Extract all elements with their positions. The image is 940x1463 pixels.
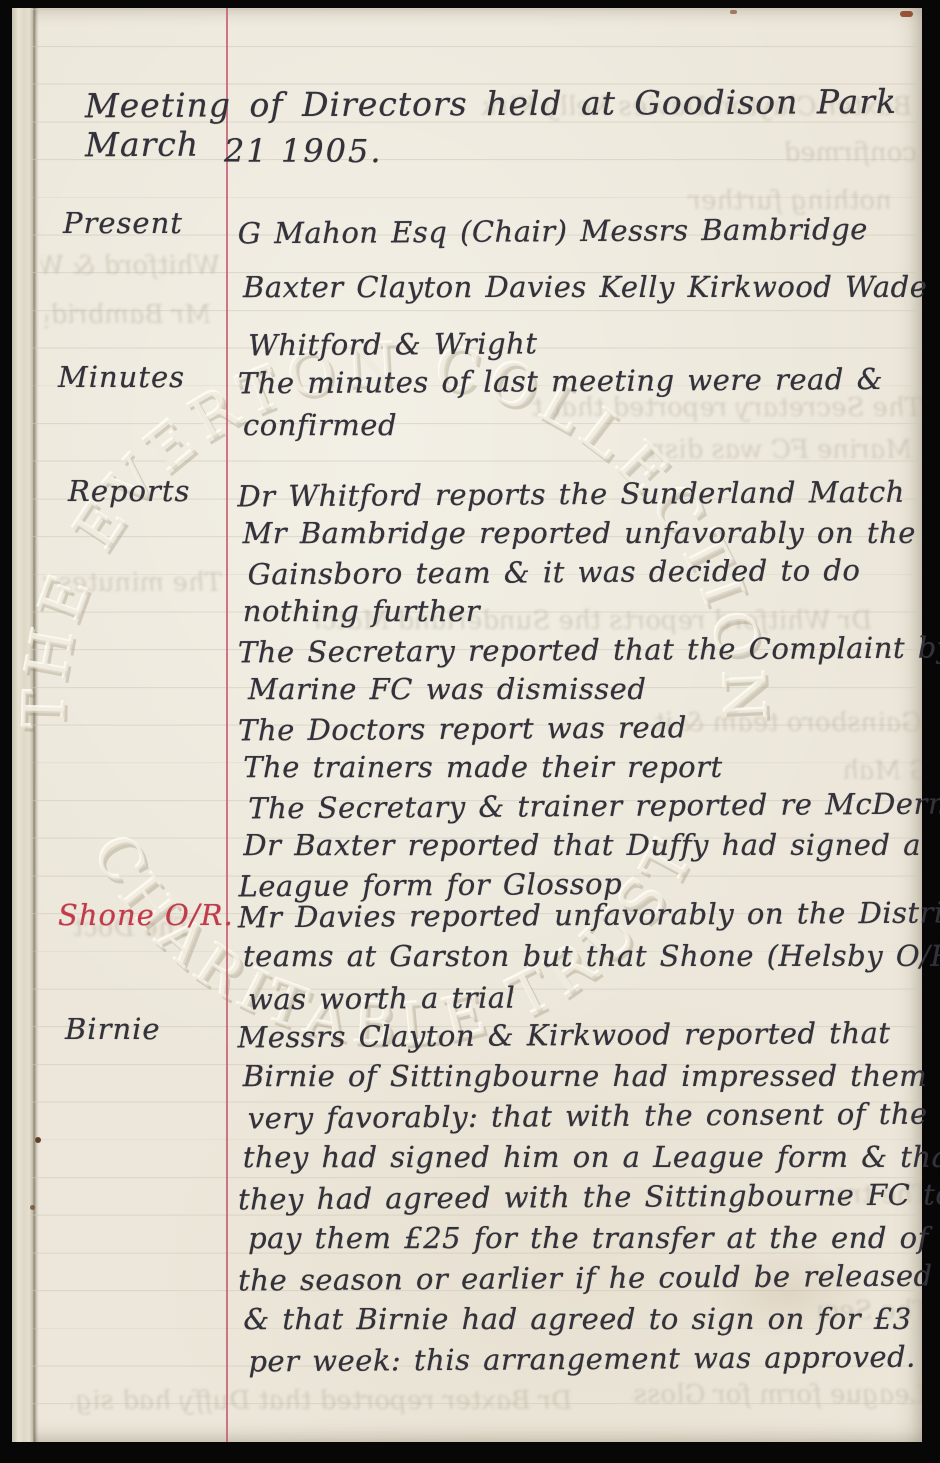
handwriting-line: per week: this arrangement was approved. xyxy=(248,1338,930,1383)
foxing-speck xyxy=(900,11,913,17)
section-label-birnie: Birnie xyxy=(65,1012,161,1046)
handwriting-line: The trainers made their report xyxy=(243,749,930,788)
handwriting-line: Messrs Clayton & Kirkwood reported that xyxy=(237,1014,929,1059)
meeting-title-line1: Meeting of Directors held at Goodison Pa… xyxy=(85,82,925,164)
handwriting-line: Birnie of Sittingbourne had impressed th… xyxy=(243,1056,930,1097)
ledger-page: Baxter Clayton Davies Kelly Kirkwood Wad… xyxy=(12,8,922,1442)
section-label-reports: Reports xyxy=(68,474,190,508)
handwriting-line: Mr Bambridge reported unfavorably on the xyxy=(243,515,930,554)
handwriting-line: The Secretary & trainer reported re McDe… xyxy=(248,786,930,830)
section-label-shone-or: Shone O/R. xyxy=(58,898,234,932)
handwriting-line: Baxter Clayton Davies Kelly Kirkwood Wad… xyxy=(243,262,930,318)
handwriting-line: they had agreed with the Sittingbourne F… xyxy=(238,1176,930,1221)
handwriting-line: Gainsboro team & it was decided to do xyxy=(248,552,930,596)
red-margin-line xyxy=(226,8,228,1442)
section-label-minutes: Minutes xyxy=(58,360,185,394)
bleed-through-ghost: Mr Bambridge reported unfavorably on the xyxy=(44,300,213,330)
handwriting-line: pay them £25 for the transfer at the end… xyxy=(248,1218,930,1259)
handwriting-line: Mr Davies reported unfavorably on the Di… xyxy=(238,894,930,940)
foxing-speck xyxy=(30,1205,35,1210)
foxing-speck xyxy=(730,10,737,14)
handwriting-line: G Mahon Esq (Chair) Messrs Bambridge xyxy=(238,204,930,265)
foxing-speck xyxy=(35,1137,41,1143)
bleed-through-ghost: League form for Glossop xyxy=(630,1380,922,1410)
bleed-through-ghost: Dr Baxter reported that Duffy had signed… xyxy=(70,1386,574,1416)
section-body-birnie: Messrs Clayton & Kirkwood reported thatB… xyxy=(238,1015,931,1381)
section-body-reports: Dr Whitford reports the Sunderland Match… xyxy=(237,475,930,906)
handwriting-line: Marine FC was dismissed xyxy=(248,671,930,710)
section-body-shone: Mr Davies reported unfavorably on the Di… xyxy=(238,895,930,1020)
minute-book-photo: Baxter Clayton Davies Kelly Kirkwood Wad… xyxy=(0,0,940,1463)
bleed-through-ghost: Whitford & Wright xyxy=(38,251,222,281)
section-body-minutes: The minutes of last meeting were read &c… xyxy=(238,359,930,449)
handwriting-line: teams at Garston but that Shone (Helsby … xyxy=(243,937,930,978)
handwriting-line: they had signed him on a League form & t… xyxy=(243,1137,930,1178)
handwriting-line: Dr Whitford reports the Sunderland Match xyxy=(237,474,929,518)
section-label-present: Present xyxy=(63,206,183,240)
handwriting-line: The minutes of last meeting were read & xyxy=(238,358,930,407)
handwriting-line: Dr Baxter reported that Duffy had signed… xyxy=(243,827,930,866)
handwriting-line: The Doctors report was read xyxy=(238,708,930,752)
bleed-through-ghost: The minutes of last meeting were read & xyxy=(40,568,224,598)
handwriting-line: confirmed xyxy=(243,404,930,448)
meeting-date-line: 21 1905. xyxy=(224,132,383,170)
handwriting-line: the season or earlier if he could be rel… xyxy=(238,1257,930,1302)
handwriting-line: & that Birnie had agreed to sign on for … xyxy=(243,1299,930,1340)
handwriting-line: The Secretary reported that the Complain… xyxy=(238,630,930,674)
handwriting-line: very favorably: that with the consent of… xyxy=(248,1095,930,1140)
section-body-present: G Mahon Esq (Chair) Messrs BambridgeBaxt… xyxy=(238,205,930,375)
handwriting-line: nothing further xyxy=(243,593,930,632)
